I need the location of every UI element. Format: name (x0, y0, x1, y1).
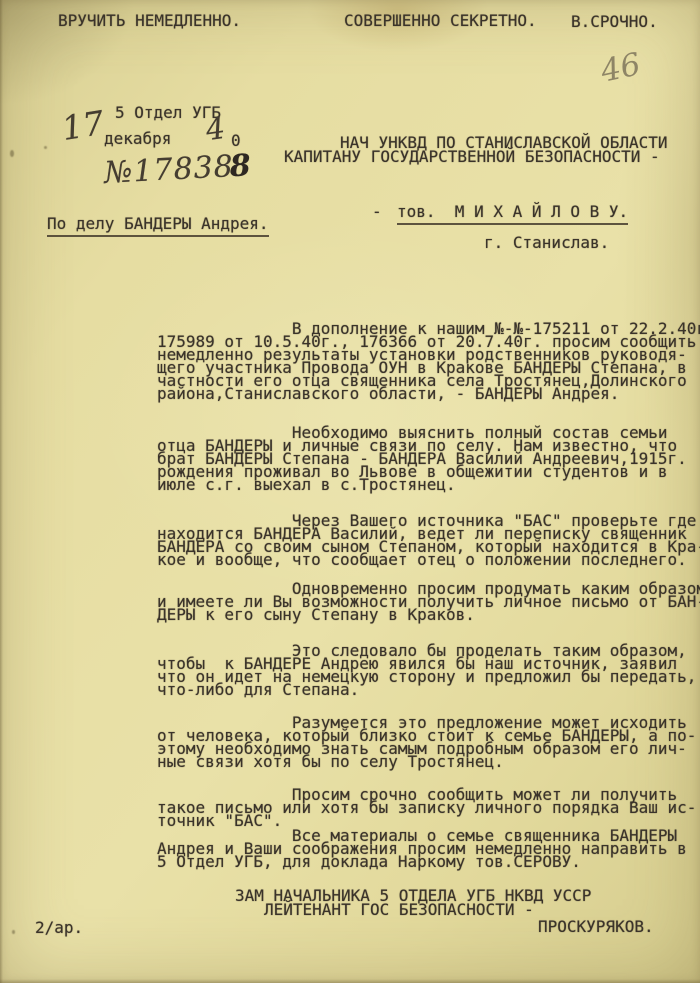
paper-speck (10, 150, 14, 157)
scanned-document-page: ВРУЧИТЬ НЕМЕДЛЕННО. СОВЕРШЕННО СЕКРЕТНО.… (0, 0, 700, 983)
body-paragraph-6: Разумеется это предложение может исходит… (157, 716, 696, 768)
document-number-main: №17838 (103, 149, 234, 191)
body-paragraph-4: Одновременно просим продумать каким обра… (157, 582, 700, 621)
body-paragraph-8: Все материалы о семье священника БАНДЕРЫ… (157, 829, 687, 868)
body-paragraph-3: Через Вашего источника "БАС" проверьте г… (157, 514, 700, 566)
paper-speck (44, 146, 47, 149)
body-paragraph-1: В дополнение к нашим №-№-175211 от 22.2.… (157, 322, 700, 400)
date-year-typed: 0 (231, 133, 241, 149)
paper-edge-shadow (0, 0, 3, 983)
addressee-dash: - (372, 204, 382, 220)
stamp-very-urgent: В.СРОЧНО. (571, 14, 658, 30)
case-subject-line: По делу БАНДЕРЫ Андрея. (47, 216, 269, 237)
stamp-deliver-immediately: ВРУЧИТЬ НЕМЕДЛЕННО. (58, 13, 241, 29)
document-number-handwritten: №178388 (103, 148, 252, 191)
typist-mark: 2/ар. (35, 920, 83, 936)
signature-position-line-2: ЛЕЙТЕНАНТ ГОС БЕЗОПАСНОСТИ - (264, 902, 534, 918)
date-month: декабря (104, 131, 171, 147)
body-paragraph-2: Необходимо выяснить полный состав семьи … (157, 426, 687, 491)
addressee-city: г. Станислав. (484, 235, 609, 251)
recipient-line-2: КАПИТАНУ ГОСУДАРСТВЕННОЙ БЕЗОПАСНОСТИ - (284, 149, 660, 165)
paper-speck (12, 930, 15, 934)
signatory-name: ПРОСКУРЯКОВ. (538, 919, 654, 935)
document-number-overwritten-digit: 8 (229, 148, 253, 184)
body-paragraph-7: Просим срочно сообщить может ли получить… (157, 788, 696, 827)
addressee-name: тов. М И Х А Й Л О В У. (397, 204, 628, 225)
paper-edge-shadow (0, 979, 700, 983)
handwritten-page-number: 46 (598, 46, 644, 89)
body-paragraph-5: Это следовало бы проделать таким образом… (157, 644, 696, 696)
date-year-handwritten: 4 (204, 111, 228, 148)
stamp-top-secret: СОВЕРШЕННО СЕКРЕТНО. (344, 13, 537, 29)
date-day-handwritten: 17 (59, 103, 107, 148)
